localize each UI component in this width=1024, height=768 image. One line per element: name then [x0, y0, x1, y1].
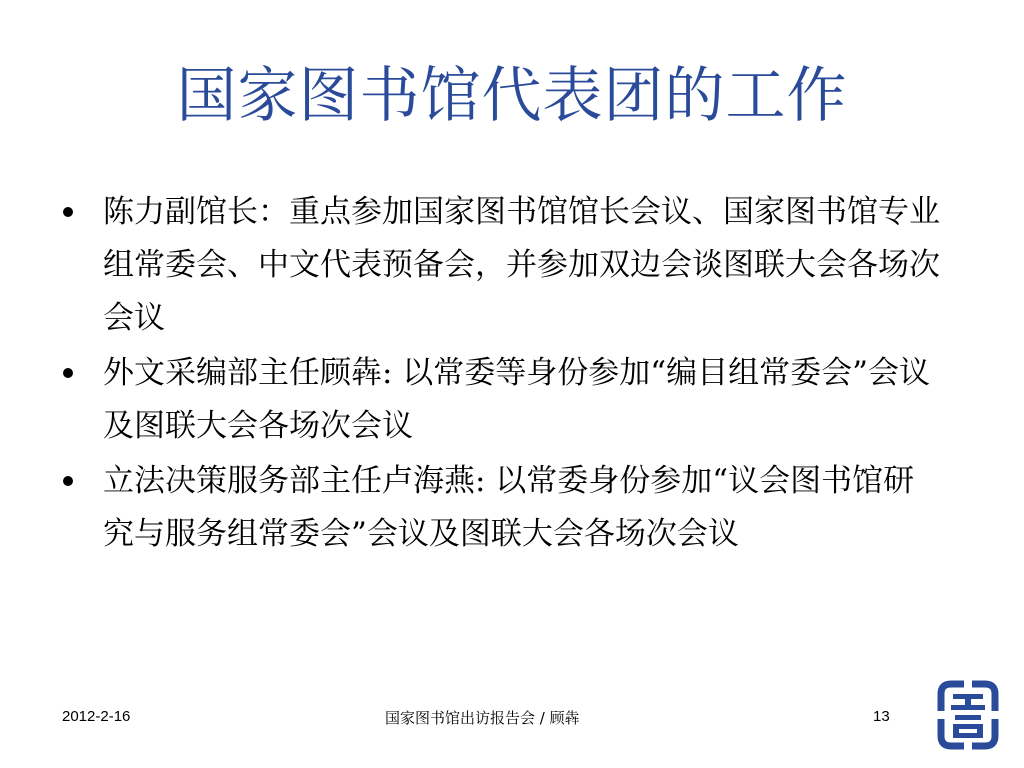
- bullet-text: 立法决策服务部主任卢海燕: 以常委身份参加“议会图书馆研究与服务组常委会”会议及…: [103, 463, 914, 552]
- footer-date: 2012-2-16: [62, 708, 130, 725]
- bullet-item: 立法决策服务部主任卢海燕: 以常委身份参加“议会图书馆研究与服务组常委会”会议及…: [55, 455, 945, 561]
- bullet-item: 外文采编部主任顾犇: 以常委等身份参加“编目组常委会”会议及图联大会各场次会议: [55, 347, 945, 453]
- bullet-dot-icon: [63, 207, 73, 217]
- national-library-logo-icon: [937, 680, 999, 750]
- bullet-dot-icon: [63, 476, 73, 486]
- slide-title: 国家图书馆代表团的工作: [0, 58, 1024, 134]
- bullet-list: 陈力副馆长：重点参加国家图书馆馆长会议、国家图书馆专业组常委会、中文代表预备会，…: [55, 186, 945, 563]
- bullet-text: 陈力副馆长：重点参加国家图书馆馆长会议、国家图书馆专业组常委会、中文代表预备会，…: [103, 194, 940, 336]
- page-number: 13: [873, 708, 890, 725]
- footer-title: 国家图书馆出访报告会 / 顾犇: [385, 707, 580, 728]
- bullet-text: 外文采编部主任顾犇: 以常委等身份参加“编目组常委会”会议及图联大会各场次会议: [103, 355, 930, 444]
- bullet-dot-icon: [63, 368, 73, 378]
- bullet-item: 陈力副馆长：重点参加国家图书馆馆长会议、国家图书馆专业组常委会、中文代表预备会，…: [55, 186, 945, 345]
